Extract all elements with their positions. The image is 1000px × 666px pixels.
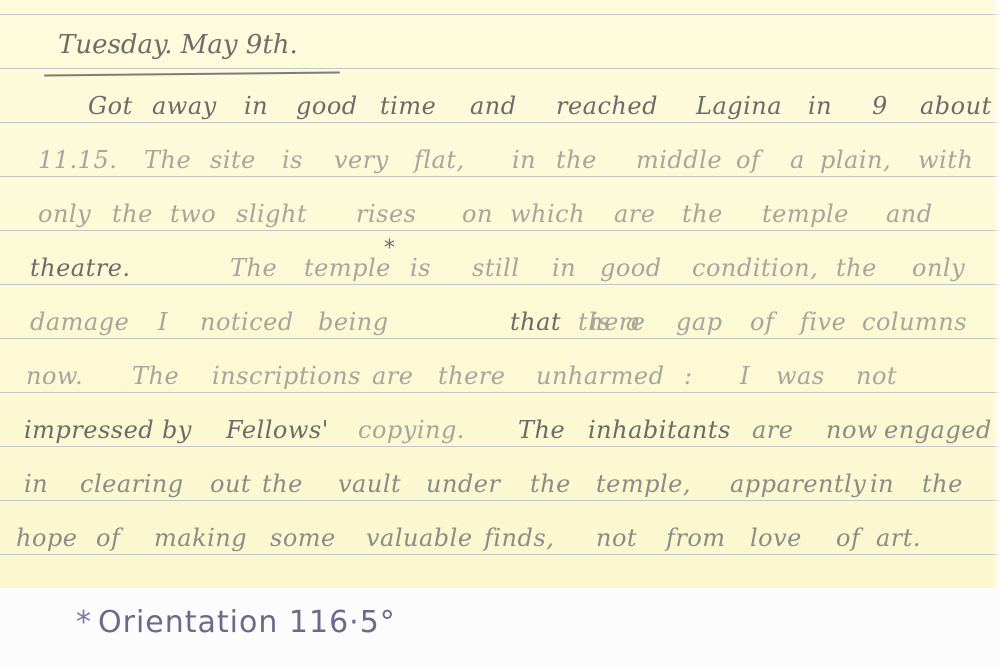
word: was <box>776 362 825 390</box>
text-line-8: in clearing out the vault under the temp… <box>0 460 1000 500</box>
word: inscriptions <box>212 362 361 390</box>
word: The <box>518 416 565 444</box>
word: flat, <box>414 146 465 174</box>
word: that <box>510 308 561 336</box>
word: the <box>530 470 571 498</box>
word: Fellows' <box>226 416 329 444</box>
word: time <box>380 92 436 120</box>
word: inhabitants <box>588 416 731 444</box>
word: love <box>750 524 802 552</box>
heading-underline <box>44 71 340 76</box>
word: rises <box>356 200 416 228</box>
word: theatre. <box>30 254 131 282</box>
word: now. <box>26 362 83 390</box>
word: plain, <box>820 146 891 174</box>
word: clearing <box>80 470 184 498</box>
word: are <box>372 362 413 390</box>
text-line-5: damage I noticed being that there is a g… <box>0 298 1000 338</box>
word: in <box>808 92 832 120</box>
word: under <box>426 470 500 498</box>
word: in <box>24 470 48 498</box>
diary-date-heading: Tuesday. May 9th. <box>58 30 298 60</box>
ruled-line <box>0 554 1000 555</box>
ruled-line <box>0 14 1000 15</box>
word: the <box>112 200 153 228</box>
word: only <box>38 200 91 228</box>
word: is <box>590 308 611 336</box>
word: by <box>162 416 192 444</box>
word: damage <box>30 308 129 336</box>
word: The <box>230 254 277 282</box>
ruled-line <box>0 68 1000 69</box>
ruled-line <box>0 446 1000 447</box>
text-line-2: 11.15. The site is very flat, in the mid… <box>0 136 1000 176</box>
word: still <box>472 254 520 282</box>
text-line-7: impressed by Fellows' copying. The inhab… <box>0 406 1000 446</box>
asterisk-icon: * <box>76 605 92 640</box>
word: temple <box>762 200 849 228</box>
word: vault <box>338 470 401 498</box>
word: of <box>736 146 760 174</box>
word: the <box>262 470 303 498</box>
word: away <box>152 92 217 120</box>
word: middle <box>636 146 722 174</box>
word: very <box>334 146 389 174</box>
word: good <box>600 254 662 282</box>
word: slight <box>236 200 307 228</box>
word: which <box>510 200 585 228</box>
word: temple <box>304 254 391 282</box>
word: from <box>666 524 726 552</box>
word: is <box>282 146 303 174</box>
word: is <box>410 254 431 282</box>
word: the <box>836 254 877 282</box>
scanned-page: Tuesday. May 9th. Got away in good time … <box>0 0 1000 666</box>
word: Lagina <box>696 92 782 120</box>
word: good <box>296 92 358 120</box>
word: making <box>154 524 247 552</box>
word: : <box>684 362 693 390</box>
footnote-text: Orientation 116·5° <box>98 605 396 640</box>
ruled-line <box>0 284 1000 285</box>
ruled-line <box>0 230 1000 231</box>
word: some <box>270 524 336 552</box>
word: in <box>552 254 576 282</box>
word: five <box>800 308 846 336</box>
word: gap <box>676 308 723 336</box>
word: being <box>318 308 389 336</box>
ruled-line <box>0 500 1000 501</box>
word: a <box>790 146 805 174</box>
text-line-6: now. The inscriptions are there unharmed… <box>0 352 1000 392</box>
text-line-4: theatre. The temple * is still in good c… <box>0 244 1000 284</box>
word: apparently <box>730 470 866 498</box>
word: temple, <box>596 470 691 498</box>
word: of <box>750 308 774 336</box>
word: impressed <box>24 416 154 444</box>
word: unharmed <box>536 362 664 390</box>
text-line-3: only the two slight rises on which are t… <box>0 190 1000 230</box>
word: not <box>856 362 897 390</box>
word: condition, <box>692 254 818 282</box>
word: noticed <box>200 308 294 336</box>
word: in <box>512 146 536 174</box>
word: and <box>470 92 517 120</box>
word: columns <box>862 308 967 336</box>
ruled-line <box>0 122 1000 123</box>
word: site <box>210 146 256 174</box>
word: out <box>210 470 251 498</box>
word: The <box>132 362 179 390</box>
word: and <box>886 200 933 228</box>
word: I <box>740 362 750 390</box>
lined-notebook-paper: Tuesday. May 9th. Got away in good time … <box>0 0 1000 588</box>
text-line-1: Got away in good time and reached Lagina… <box>0 82 1000 122</box>
word: art. <box>876 524 921 552</box>
asterisk-mark: * <box>384 236 395 261</box>
word: 9 <box>872 92 888 120</box>
word: the <box>682 200 723 228</box>
word: valuable <box>366 524 473 552</box>
word: are <box>752 416 793 444</box>
word: copying. <box>358 416 465 444</box>
word: reached <box>556 92 658 120</box>
word: only <box>912 254 965 282</box>
ruled-line <box>0 338 1000 339</box>
word: in <box>244 92 268 120</box>
word: engaged <box>884 416 992 444</box>
word: hope <box>16 524 77 552</box>
text-line-9: hope of making some valuable finds, not … <box>0 514 1000 554</box>
orientation-footnote: *Orientation 116·5° <box>76 605 396 640</box>
word: in <box>870 470 894 498</box>
word: The <box>144 146 191 174</box>
word: 11.15. <box>38 146 117 174</box>
word: I <box>158 308 168 336</box>
word: not <box>596 524 637 552</box>
word: about <box>920 92 992 120</box>
word: now <box>826 416 878 444</box>
ruled-line <box>0 176 1000 177</box>
word: a <box>626 308 641 336</box>
word: there <box>438 362 505 390</box>
word: Got <box>88 92 133 120</box>
word: are <box>614 200 655 228</box>
word: of <box>96 524 120 552</box>
ruled-line <box>0 392 1000 393</box>
word: with <box>918 146 973 174</box>
word: finds, <box>484 524 554 552</box>
word: the <box>556 146 597 174</box>
word: two <box>170 200 216 228</box>
word: of <box>836 524 860 552</box>
word: on <box>462 200 493 228</box>
word: the <box>922 470 963 498</box>
